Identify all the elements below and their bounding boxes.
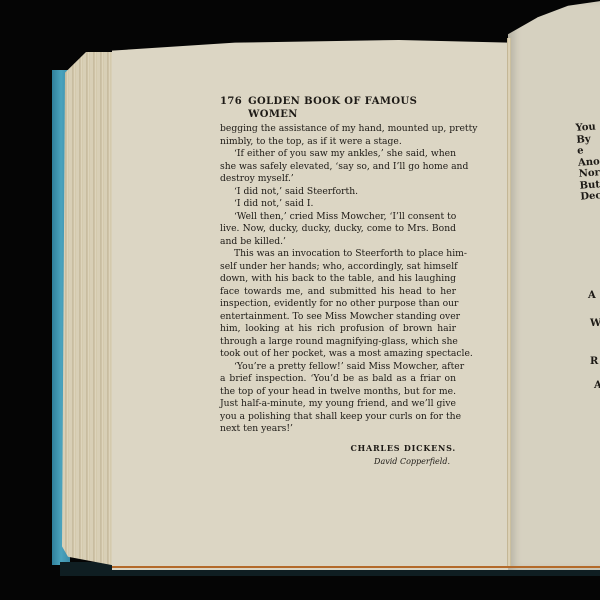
- text-line: ‘Well then,’ cried Miss Mowcher, ‘I’ll c…: [220, 211, 456, 224]
- text-line: a brief inspection. ‘You’d be as bald as…: [220, 373, 456, 386]
- text-line: live. Now, ducky, ducky, ducky, come to …: [220, 223, 456, 236]
- text-line: nimbly, to the top, as if it were a stag…: [220, 136, 456, 149]
- text-line: down, with his back to the table, and hi…: [220, 273, 456, 286]
- text-line: took out of her pocket, was a most amazi…: [220, 348, 456, 361]
- right-page-fragment: Nor: [578, 167, 600, 180]
- book-gutter: [507, 38, 511, 568]
- running-head: 176 GOLDEN BOOK OF FAMOUS WOMEN: [220, 96, 456, 121]
- right-page-fragment: Dec: [580, 190, 600, 203]
- attribution-author: CHARLES DICKENS.: [220, 442, 456, 455]
- text-line: destroy myself.’: [220, 173, 456, 186]
- text-line: she was safely elevated, ‘say so, and I’…: [220, 161, 456, 174]
- text-line: through a large round magnifying-glass, …: [220, 336, 456, 349]
- book-title: GOLDEN BOOK OF FAMOUS WOMEN: [248, 96, 456, 121]
- attribution-work: David Copperfield.: [220, 456, 456, 469]
- text-line: you a polishing that shall keep your cur…: [220, 411, 456, 424]
- left-page-text: 176 GOLDEN BOOK OF FAMOUS WOMEN begging …: [220, 96, 456, 469]
- right-page: [508, 0, 600, 570]
- text-line: the top of your head in twelve months, b…: [220, 386, 456, 399]
- right-page-fragment: A: [594, 380, 600, 391]
- right-page-fragment: R: [590, 356, 598, 367]
- right-page-fragment: You: [575, 121, 598, 134]
- text-line: face towards me, and submitted his head …: [220, 286, 456, 299]
- text-line: self under her hands; who, accordingly, …: [220, 261, 456, 274]
- page-number: 176: [220, 96, 242, 121]
- text-line: entertainment. To see Miss Mowcher stand…: [220, 311, 456, 324]
- right-page-fragment: W: [590, 318, 600, 329]
- text-line: next ten years!’: [220, 423, 456, 436]
- text-line: This was an invocation to Steerforth to …: [220, 248, 456, 261]
- body-text: begging the assistance of my hand, mount…: [220, 123, 456, 436]
- right-page-fragment: By e: [576, 133, 600, 157]
- text-line: ‘I did not,’ said Steerforth.: [220, 186, 456, 199]
- right-page-fragment: A: [588, 290, 596, 301]
- text-line: ‘I did not,’ said I.: [220, 198, 456, 211]
- text-line: ‘You’re a pretty fellow!’ said Miss Mowc…: [220, 361, 456, 374]
- text-line: Just half-a-minute, my young friend, and…: [220, 398, 456, 411]
- text-line: ‘If either of you saw my ankles,’ she sa…: [220, 148, 456, 161]
- text-line: and be killed.’: [220, 236, 456, 249]
- page-bottom-edge: [112, 566, 600, 568]
- text-line: inspection, evidently for no other purpo…: [220, 298, 456, 311]
- text-line: begging the assistance of my hand, mount…: [220, 123, 456, 136]
- text-line: him, looking at his rich profusion of br…: [220, 323, 456, 336]
